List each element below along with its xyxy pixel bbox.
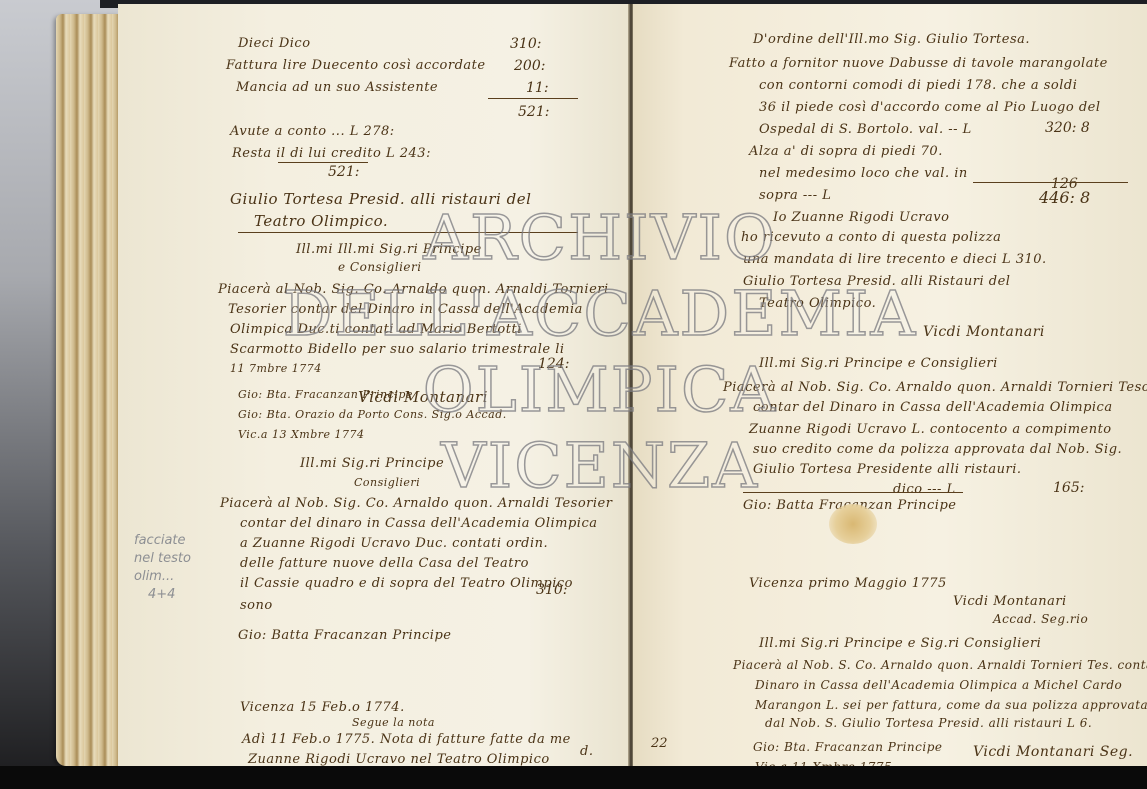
account-line: Dieci Dico <box>238 36 311 51</box>
order-body-line: a Zuanne Rigodi Ucravo Duc. contati ordi… <box>240 536 548 551</box>
account-total: 521: <box>518 104 549 120</box>
order-body-line: Piacerà al Nob. Sig. Co. Arnaldo quon. A… <box>220 496 612 511</box>
receipt-line: ho ricevuto a conto di questa polizza <box>741 230 1001 245</box>
order-body-line: contar del Dinaro in Cassa dell'Academia… <box>753 400 1113 415</box>
pencil-note-line: olim... <box>134 568 191 586</box>
order-body-line: Marangon L. sei per fattura, come da sua… <box>755 698 1147 712</box>
salutation: e Consiglieri <box>338 260 422 274</box>
left-page: Dieci Dico 310: Fattura lire Duecento co… <box>118 4 630 766</box>
witness-signature: Vicdi Montanari Seg. <box>973 744 1133 760</box>
salutation: Ill.mi Sig.ri Principe e Sig.ri Consigli… <box>759 636 1041 651</box>
account-line: Mancia ad un suo Assistente <box>236 80 438 95</box>
received-line: Avute a conto ... L 278: <box>230 124 395 139</box>
date-line: Vicenza 15 Feb.o 1774. <box>240 700 405 715</box>
pencil-note-line: nel testo <box>134 550 191 568</box>
catchword: d. <box>580 744 593 759</box>
order-body-line: Tesorier contar del Dinaro in Cassa dell… <box>228 302 583 317</box>
pencil-note-line: facciate <box>134 532 191 550</box>
order-body-line: contar del dinaro in Cassa dell'Academia… <box>240 516 598 531</box>
balance-rule <box>278 162 368 163</box>
witness-signature: Vicdi Montanari <box>358 388 488 406</box>
salutation: Consiglieri <box>354 476 420 489</box>
item-line: Alza a' di sopra di piedi 70. <box>749 144 943 159</box>
sum-rule <box>488 98 578 99</box>
order-body-line: 11 7mbre 1774 <box>230 362 322 375</box>
order-body-line: dal Nob. S. Giulio Tortesa Presid. alli … <box>765 716 1092 730</box>
account-amount: 11: <box>526 80 549 96</box>
order-body-line: Dinaro in Cassa dell'Academia Olimpica a… <box>755 678 1122 692</box>
salutation: Ill.mi Sig.ri Principe <box>300 456 444 471</box>
account-amount: 310: <box>510 36 541 52</box>
account-line: Fattura lire Duecento così accordate <box>226 58 486 73</box>
receipt-line: una mandata di lire trecento e dieci L 3… <box>743 252 1047 267</box>
balance-line: Resta il di lui credito L 243: <box>232 146 431 161</box>
order-body-line: Piacerà al Nob. Sig. Co. Arnaldo quon. A… <box>723 380 1147 395</box>
signature-line: Teatro Olimpico. <box>254 212 388 230</box>
order-body-line: Piacerà al Nob. S. Co. Arnaldo quon. Arn… <box>733 658 1147 672</box>
total-amount: 446: 8 <box>1039 188 1090 207</box>
order-body-line: Olimpica Duc.ti contati ad Mario Bertott… <box>230 322 522 337</box>
right-page: D'ordine dell'Ill.mo Sig. Giulio Tortesa… <box>633 4 1147 766</box>
item-amount: 320: 8 <box>1045 120 1090 136</box>
order-body-line: suo credito come da polizza approvata da… <box>753 442 1122 457</box>
salutation: Ill.mi Sig.ri Principe e Consiglieri <box>759 356 998 371</box>
order-body-line: Giulio Tortesa Presidente alli ristauri. <box>753 462 1022 477</box>
receipt-line: Teatro Olimpico. <box>759 296 876 311</box>
balance-total: 521: <box>328 164 359 180</box>
order-amount: 124: <box>538 356 569 372</box>
order-body-line: dico --- L <box>893 482 956 497</box>
signatory: Gio: Bta. Orazio da Porto Cons. Sig.o Ac… <box>238 408 507 421</box>
divider <box>743 492 963 493</box>
signature-line: Giulio Tortesa Presid. alli ristauri del <box>230 190 531 208</box>
witness-title: Accad. Seg.rio <box>993 612 1088 626</box>
note-header: Segue la nota <box>352 716 435 729</box>
signatory: Gio: Batta Fracanzan Principe <box>238 628 451 643</box>
date-line: Vic.a 13 Xmbre 1774 <box>238 428 365 441</box>
pencil-note-line: 4+4 <box>134 586 191 604</box>
item-line: con contorni comodi di piedi 178. che a … <box>759 78 1077 93</box>
order-body-line: Piacerà al Nob. Sig. Co. Arnaldo quon. A… <box>218 282 609 297</box>
item-line: nel medesimo loco che val. in <box>759 166 968 181</box>
section-divider <box>238 232 578 233</box>
order-amount: 310: <box>536 582 567 598</box>
folio-number: 22 <box>651 736 668 751</box>
ink-stain <box>829 504 877 544</box>
signatory: Gio: Bta. Fracanzan Principe <box>753 740 943 754</box>
date-line: Vicenza primo Maggio 1775 <box>749 576 947 591</box>
order-body-line: sono <box>240 598 273 613</box>
page-edges-stack <box>56 14 122 766</box>
witness-signature: Vicdi Montanari <box>953 594 1067 609</box>
order-amount: 165: <box>1053 480 1084 496</box>
witness-signature: Vicdi Montanari <box>923 324 1045 340</box>
background-shadow-bottom <box>0 766 1147 789</box>
heading: D'ordine dell'Ill.mo Sig. Giulio Tortesa… <box>753 32 1030 47</box>
order-body-line: Scarmotto Bidello per suo salario trimes… <box>230 342 565 357</box>
note-line: Adì 11 Feb.o 1775. Nota di fatture fatte… <box>242 732 571 747</box>
item-line: sopra --- L <box>759 188 831 203</box>
pencil-note: facciate nel testo olim... 4+4 <box>134 532 191 604</box>
receipt-line: Io Zuanne Rigodi Ucravo <box>773 210 949 225</box>
item-line: Ospedal di S. Bortolo. val. -- L <box>759 122 972 137</box>
item-line: 36 il piede così d'accordo come al Pio L… <box>759 100 1101 115</box>
salutation: Ill.mi Ill.mi Sig.ri Principe <box>296 242 482 257</box>
book-photo: Dieci Dico 310: Fattura lire Duecento co… <box>0 0 1147 789</box>
item-line: Fatto a fornitor nuove Dabusse di tavole… <box>729 56 1108 71</box>
order-body-line: delle fatture nuove della Casa del Teatr… <box>240 556 529 571</box>
receipt-line: Giulio Tortesa Presid. alli Ristauri del <box>743 274 1010 289</box>
account-amount: 200: <box>514 58 545 74</box>
order-body-line: il Cassie quadro e di sopra del Teatro O… <box>240 576 573 591</box>
sum-rule <box>973 182 1128 183</box>
order-body-line: Zuanne Rigodi Ucravo L. contocento a com… <box>749 422 1112 437</box>
note-line: Zuanne Rigodi Ucravo nel Teatro Olimpico <box>248 752 550 766</box>
